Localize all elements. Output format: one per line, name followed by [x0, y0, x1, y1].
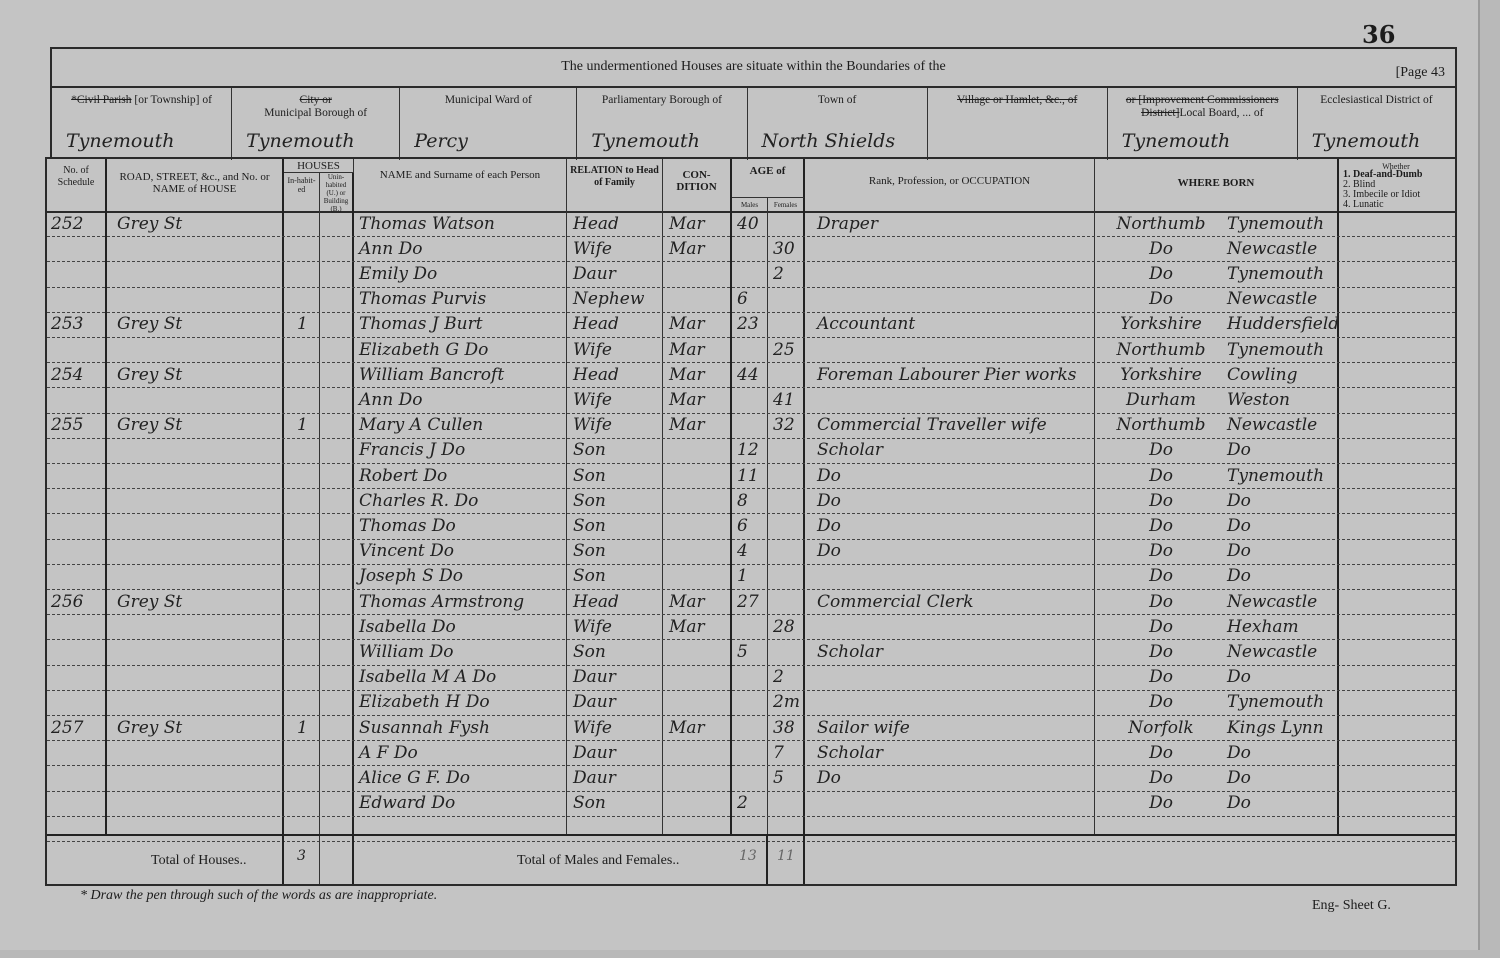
label-text: Town of	[818, 94, 856, 106]
cell-born-place: Newcastle	[1227, 236, 1387, 261]
cell-born-place: Do	[1227, 740, 1387, 765]
born-county-text: Do	[1149, 541, 1173, 561]
name-text: Ann Do	[359, 239, 422, 259]
cell-female-age: 41	[773, 387, 805, 412]
cell-name: Emily Do	[359, 261, 569, 286]
cell-schedule: 252	[51, 211, 107, 236]
cell-female-age	[773, 639, 805, 664]
cell-born-county: Do	[1102, 765, 1220, 790]
boundary-label: *Civil Parish [or Township] of	[52, 88, 231, 107]
condition-text: Mar	[669, 239, 705, 259]
cell-occupation: Do	[817, 765, 1097, 790]
cell-relation: Daur	[573, 765, 663, 790]
boundary-label: Municipal Ward of	[400, 88, 576, 107]
female-age-text: 30	[773, 239, 795, 259]
cell-name: Vincent Do	[359, 539, 569, 564]
cell-female-age: 2m	[773, 690, 805, 715]
cell-name: Thomas Armstrong	[359, 589, 569, 614]
born-place-text: Kings Lynn	[1227, 718, 1324, 738]
header-where-born: WHERE BORN	[1095, 177, 1337, 189]
cell-born-place: Do	[1227, 791, 1387, 816]
born-county-text: Do	[1149, 642, 1173, 662]
relation-text: Son	[573, 440, 606, 460]
cell-schedule	[51, 463, 107, 488]
cell-occupation: Commercial Traveller wife	[817, 413, 1097, 438]
cell-inhabited	[297, 539, 317, 564]
totals-row: Total of Houses.. 3 Total of Males and F…	[47, 834, 1455, 884]
total-persons-label: Total of Males and Females..	[517, 853, 679, 869]
cell-female-age	[773, 211, 805, 236]
cell-born-place: Do	[1227, 513, 1387, 538]
schedule-text: 255	[51, 415, 83, 435]
name-text: Susannah Fysh	[359, 718, 490, 738]
cell-born-county: Do	[1102, 236, 1220, 261]
cell-male-age	[737, 614, 767, 639]
born-county-text: Do	[1149, 566, 1173, 586]
boundary-value: Tynemouth	[591, 130, 699, 152]
female-age-text: 7	[773, 743, 784, 763]
female-age-text: 25	[773, 340, 795, 360]
occupation-text: Commercial Traveller wife	[817, 415, 1047, 435]
cell-born-county: Do	[1102, 639, 1220, 664]
cell-occupation: Sailor wife	[817, 715, 1097, 740]
cell-relation: Head	[573, 312, 663, 337]
cell-occupation: Accountant	[817, 312, 1097, 337]
folio-number: 36	[1362, 20, 1395, 49]
cell-relation: Daur	[573, 690, 663, 715]
cell-name: Thomas Watson	[359, 211, 569, 236]
cell-male-age	[737, 690, 767, 715]
boundaries-row: *Civil Parish [or Township] ofTynemouthC…	[52, 86, 1455, 160]
cell-born-county: Do	[1102, 463, 1220, 488]
born-county-text: Do	[1149, 667, 1173, 687]
cell-occupation: Foreman Labourer Pier works	[817, 362, 1097, 387]
cell-road	[117, 539, 277, 564]
occupation-text: Do	[817, 541, 841, 561]
name-text: A F Do	[359, 743, 418, 763]
cell-inhabited	[297, 791, 317, 816]
cell-female-age	[773, 589, 805, 614]
cell-occupation: Do	[817, 463, 1097, 488]
cell-relation: Son	[573, 564, 663, 589]
cell-female-age	[773, 312, 805, 337]
born-county-text: Norfolk	[1128, 718, 1194, 738]
cell-born-place: Tynemouth	[1227, 690, 1387, 715]
born-county-text: Do	[1149, 617, 1173, 637]
cell-male-age	[737, 236, 767, 261]
cell-schedule	[51, 564, 107, 589]
cell-road	[117, 236, 277, 261]
born-county-text: Do	[1149, 466, 1173, 486]
cell-born-place: Newcastle	[1227, 413, 1387, 438]
male-age-text: 40	[737, 214, 759, 234]
cell-inhabited	[297, 614, 317, 639]
label-text: Municipal Ward of	[445, 94, 532, 106]
cell-female-age	[773, 287, 805, 312]
cell-born-county: Northumb	[1102, 211, 1220, 236]
cell-schedule	[51, 614, 107, 639]
female-age-text: 32	[773, 415, 795, 435]
born-place-text: Do	[1227, 743, 1251, 763]
cell-schedule	[51, 765, 107, 790]
cell-relation: Son	[573, 463, 663, 488]
table-row: A F DoDaur7ScholarDoDo	[47, 740, 1455, 766]
born-county-text: Durham	[1126, 390, 1196, 410]
occupation-text: Accountant	[817, 314, 915, 334]
cell-condition	[669, 287, 731, 312]
table-row: Isabella DoWifeMar28DoHexham	[47, 614, 1455, 640]
header-condition: CON-DITION	[663, 169, 730, 193]
cell-born-place: Weston	[1227, 387, 1387, 412]
cell-inhabited	[297, 337, 317, 362]
schedule-text: 257	[51, 718, 83, 738]
cell-female-age: 30	[773, 236, 805, 261]
label-text: Municipal Borough of	[264, 107, 367, 119]
name-text: Thomas Do	[359, 516, 456, 536]
cell-condition: Mar	[669, 387, 731, 412]
boundary-label: Town of	[748, 88, 927, 107]
cell-name: Robert Do	[359, 463, 569, 488]
cell-condition	[669, 513, 731, 538]
born-county-text: Do	[1149, 440, 1173, 460]
table-row: 254Grey StWilliam BancroftHeadMar44Forem…	[47, 362, 1455, 388]
road-text: Grey St	[117, 415, 182, 435]
cell-name: Alice G F. Do	[359, 765, 569, 790]
cell-male-age	[737, 413, 767, 438]
header-relation: RELATION to Head of Family	[567, 165, 662, 189]
male-age-text: 4	[737, 541, 748, 561]
male-age-text: 2	[737, 793, 748, 813]
cell-occupation: Scholar	[817, 438, 1097, 463]
sheet-label: Eng- Sheet G.	[1312, 898, 1391, 914]
cell-male-age: 23	[737, 312, 767, 337]
inhabited-text: 1	[297, 415, 308, 435]
cell-condition: Mar	[669, 413, 731, 438]
cell-condition	[669, 564, 731, 589]
born-county-text: Do	[1149, 289, 1173, 309]
table-row: Thomas DoSon6DoDoDo	[47, 513, 1455, 539]
cell-occupation	[817, 387, 1097, 412]
cell-born-county: Do	[1102, 261, 1220, 286]
cell-road	[117, 387, 277, 412]
cell-schedule	[51, 665, 107, 690]
cell-condition	[669, 665, 731, 690]
table-row: 256Grey StThomas ArmstrongHeadMar27Comme…	[47, 589, 1455, 615]
boundary-cell: *Civil Parish [or Township] ofTynemouth	[52, 88, 232, 160]
cell-name: Thomas Do	[359, 513, 569, 538]
cell-name: William Do	[359, 639, 569, 664]
cell-occupation	[817, 665, 1097, 690]
cell-occupation	[817, 690, 1097, 715]
cell-schedule	[51, 690, 107, 715]
cell-schedule	[51, 236, 107, 261]
cell-condition	[669, 463, 731, 488]
cell-relation: Son	[573, 539, 663, 564]
table-row: Elizabeth H DoDaur2mDoTynemouth	[47, 690, 1455, 716]
relation-text: Wife	[573, 239, 612, 259]
cell-born-place: Newcastle	[1227, 589, 1387, 614]
cell-inhabited: 1	[297, 715, 317, 740]
cell-road	[117, 488, 277, 513]
cell-inhabited	[297, 564, 317, 589]
occupation-text: Scholar	[817, 743, 883, 763]
schedule-text: 256	[51, 592, 83, 612]
cell-inhabited	[297, 362, 317, 387]
label-text: Ecclesiastical District of	[1320, 94, 1432, 106]
cell-relation: Head	[573, 211, 663, 236]
cell-inhabited: 1	[297, 413, 317, 438]
cell-schedule	[51, 740, 107, 765]
born-county-text: Yorkshire	[1120, 314, 1202, 334]
relation-text: Head	[573, 214, 619, 234]
name-text: Isabella M A Do	[359, 667, 496, 687]
cell-road: Grey St	[117, 715, 277, 740]
cell-female-age	[773, 513, 805, 538]
road-text: Grey St	[117, 214, 182, 234]
cell-name: Elizabeth H Do	[359, 690, 569, 715]
cell-road: Grey St	[117, 362, 277, 387]
cell-condition	[669, 261, 731, 286]
cell-occupation: Scholar	[817, 639, 1097, 664]
female-age-text: 28	[773, 617, 795, 637]
relation-text: Head	[573, 314, 619, 334]
header-age: AGE of	[732, 165, 803, 177]
born-county-text: Northumb	[1117, 214, 1206, 234]
cell-road	[117, 665, 277, 690]
cell-schedule: 256	[51, 589, 107, 614]
cell-schedule	[51, 387, 107, 412]
cell-relation: Daur	[573, 261, 663, 286]
cell-schedule	[51, 639, 107, 664]
cell-female-age	[773, 539, 805, 564]
name-text: Alice G F. Do	[359, 768, 470, 788]
cell-male-age: 6	[737, 513, 767, 538]
male-age-text: 6	[737, 516, 748, 536]
header-houses: HOUSES	[284, 160, 353, 173]
born-place-text: Do	[1227, 667, 1251, 687]
female-age-text: 38	[773, 718, 795, 738]
total-houses-label: Total of Houses..	[151, 853, 246, 869]
cell-schedule: 254	[51, 362, 107, 387]
born-place-text: Do	[1227, 566, 1251, 586]
name-text: Vincent Do	[359, 541, 454, 561]
cell-female-age	[773, 564, 805, 589]
table-row: William DoSon5ScholarDoNewcastle	[47, 639, 1455, 665]
table-row: 257Grey St1Susannah FyshWifeMar38Sailor …	[47, 715, 1455, 741]
header-occupation: Rank, Profession, or OCCUPATION	[805, 175, 1094, 187]
schedule-text: 254	[51, 365, 83, 385]
cell-male-age: 12	[737, 438, 767, 463]
cell-male-age	[737, 765, 767, 790]
relation-text: Son	[573, 566, 606, 586]
boundary-cell: Municipal Ward ofPercy	[400, 88, 577, 160]
cell-name: Thomas Purvis	[359, 287, 569, 312]
cell-occupation	[817, 791, 1097, 816]
cell-female-age	[773, 438, 805, 463]
cell-relation: Wife	[573, 715, 663, 740]
census-sheet: 36 The undermentioned Houses are situate…	[0, 0, 1480, 950]
cell-born-county: Do	[1102, 740, 1220, 765]
cell-male-age: 8	[737, 488, 767, 513]
cell-male-age	[737, 740, 767, 765]
census-table: No. of Schedule ROAD, STREET, &c., and N…	[45, 157, 1457, 886]
female-age-text: 2	[773, 264, 784, 284]
cell-road	[117, 765, 277, 790]
cell-male-age	[737, 665, 767, 690]
cell-road	[117, 639, 277, 664]
condition-text: Mar	[669, 214, 705, 234]
cell-condition	[669, 488, 731, 513]
name-text: William Do	[359, 642, 453, 662]
relation-text: Wife	[573, 340, 612, 360]
cell-born-county: Do	[1102, 564, 1220, 589]
born-county-text: Do	[1149, 516, 1173, 536]
born-county-text: Do	[1149, 743, 1173, 763]
cell-male-age	[737, 261, 767, 286]
cell-name: Elizabeth G Do	[359, 337, 569, 362]
cell-road: Grey St	[117, 211, 277, 236]
cell-born-place: Do	[1227, 765, 1387, 790]
born-place-text: Tynemouth	[1227, 340, 1324, 360]
name-text: Elizabeth G Do	[359, 340, 488, 360]
cell-occupation: Scholar	[817, 740, 1097, 765]
cell-male-age: 40	[737, 211, 767, 236]
relation-text: Son	[573, 793, 606, 813]
cell-female-age: 2	[773, 665, 805, 690]
born-county-text: Do	[1149, 793, 1173, 813]
table-header: No. of Schedule ROAD, STREET, &c., and N…	[47, 159, 1455, 213]
cell-occupation: Draper	[817, 211, 1097, 236]
header-schedule: No. of Schedule	[47, 165, 105, 189]
cell-road	[117, 287, 277, 312]
cell-born-place: Tynemouth	[1227, 463, 1387, 488]
label-text: Parliamentary Borough of	[602, 94, 722, 106]
born-county-text: Northumb	[1117, 340, 1206, 360]
cell-inhabited	[297, 211, 317, 236]
born-place-text: Do	[1227, 768, 1251, 788]
cell-female-age: 28	[773, 614, 805, 639]
table-row: Francis J DoSon12ScholarDoDo	[47, 438, 1455, 464]
table-row: Ann DoWifeMar30DoNewcastle	[47, 236, 1455, 262]
table-row: Charles R. DoSon8DoDoDo	[47, 488, 1455, 514]
cell-male-age: 4	[737, 539, 767, 564]
relation-text: Wife	[573, 415, 612, 435]
condition-text: Mar	[669, 415, 705, 435]
cell-schedule: 257	[51, 715, 107, 740]
cell-male-age: 11	[737, 463, 767, 488]
cell-name: Edward Do	[359, 791, 569, 816]
born-place-text: Hexham	[1227, 617, 1299, 637]
struck-label: *Civil Parish	[71, 94, 131, 106]
male-age-text: 23	[737, 314, 759, 334]
table-row: Thomas PurvisNephew6DoNewcastle	[47, 287, 1455, 313]
cell-born-county: Do	[1102, 539, 1220, 564]
cell-born-county: Do	[1102, 513, 1220, 538]
cell-occupation: Commercial Clerk	[817, 589, 1097, 614]
cell-condition: Mar	[669, 589, 731, 614]
relation-text: Daur	[573, 768, 616, 788]
cell-inhabited	[297, 690, 317, 715]
boundary-cell: Village or Hamlet, &c., of	[928, 88, 1108, 160]
condition-text: Mar	[669, 314, 705, 334]
cell-inhabited	[297, 463, 317, 488]
struck-label: Village or Hamlet, &c., of	[957, 94, 1077, 106]
header-females: Females	[768, 199, 803, 211]
cell-relation: Son	[573, 639, 663, 664]
cell-born-county: Northumb	[1102, 413, 1220, 438]
name-text: Robert Do	[359, 466, 447, 486]
born-county-text: Do	[1149, 692, 1173, 712]
header-lunatic: 4. Lunatic	[1339, 200, 1453, 210]
relation-text: Son	[573, 466, 606, 486]
cell-relation: Head	[573, 362, 663, 387]
road-text: Grey St	[117, 365, 182, 385]
cell-schedule	[51, 488, 107, 513]
header-name: NAME and Surname of each Person	[354, 169, 566, 181]
name-text: Francis J Do	[359, 440, 465, 460]
born-place-text: Do	[1227, 793, 1251, 813]
male-age-text: 11	[737, 466, 759, 486]
cell-relation: Wife	[573, 413, 663, 438]
cell-road	[117, 614, 277, 639]
cell-road	[117, 690, 277, 715]
boundaries-header: The undermentioned Houses are situate wi…	[50, 47, 1457, 159]
cell-name: Isabella M A Do	[359, 665, 569, 690]
cell-born-county: Do	[1102, 488, 1220, 513]
cell-male-age: 44	[737, 362, 767, 387]
occupation-text: Do	[817, 768, 841, 788]
name-text: Thomas Armstrong	[359, 592, 524, 612]
name-text: Mary A Cullen	[359, 415, 483, 435]
occupation-text: Scholar	[817, 440, 883, 460]
cell-name: Thomas J Burt	[359, 312, 569, 337]
born-county-text: Do	[1149, 768, 1173, 788]
cell-schedule	[51, 539, 107, 564]
cell-inhabited	[297, 513, 317, 538]
header-males: Males	[732, 199, 767, 211]
male-age-text: 44	[737, 365, 759, 385]
occupation-text: Foreman Labourer Pier works	[817, 365, 1077, 385]
born-place-text: Newcastle	[1227, 592, 1317, 612]
boundary-cell: or [Improvement Commissioners District]L…	[1108, 88, 1298, 160]
name-text: Thomas J Burt	[359, 314, 483, 334]
name-text: Joseph S Do	[359, 566, 463, 586]
name-text: Ann Do	[359, 390, 422, 410]
female-age-text: 41	[773, 390, 795, 410]
cell-occupation: Do	[817, 539, 1097, 564]
male-age-text: 12	[737, 440, 759, 460]
condition-text: Mar	[669, 592, 705, 612]
table-row: Robert DoSon11DoDoTynemouth	[47, 463, 1455, 489]
cell-condition: Mar	[669, 211, 731, 236]
male-age-text: 27	[737, 592, 759, 612]
cell-male-age: 1	[737, 564, 767, 589]
cell-road: Grey St	[117, 413, 277, 438]
occupation-text: Commercial Clerk	[817, 592, 974, 612]
cell-schedule	[51, 261, 107, 286]
road-text: Grey St	[117, 592, 182, 612]
cell-female-age: 2	[773, 261, 805, 286]
table-row: 252Grey StThomas WatsonHeadMar40DraperNo…	[47, 211, 1455, 237]
boundary-cell: Ecclesiastical District ofTynemouth	[1298, 88, 1455, 160]
cell-relation: Son	[573, 488, 663, 513]
cell-relation: Daur	[573, 740, 663, 765]
cell-occupation	[817, 337, 1097, 362]
cell-male-age: 6	[737, 287, 767, 312]
male-age-text: 1	[737, 566, 748, 586]
header-uninhabited: Unin-habited (U.) or Building (B.)	[320, 173, 352, 213]
cell-inhabited	[297, 438, 317, 463]
